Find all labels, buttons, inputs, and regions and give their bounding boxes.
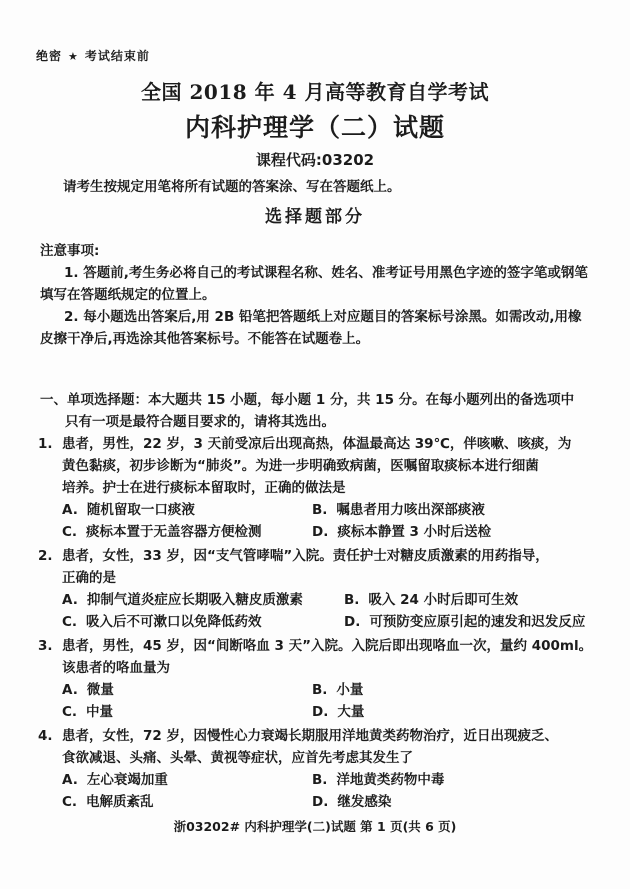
- title-block: 全国 2018 年 4 月高等教育自学考试 内科护理学（二）试题 课程代码:03…: [0, 76, 630, 170]
- question-4: 4. 患者，女性，72 岁，因慢性心力衰竭长期服用洋地黄类药物治疗，近日出现疲乏…: [38, 725, 606, 813]
- question-options: A. 微量 B. 小量 C. 中量 D. 大量: [38, 679, 606, 723]
- question-2: 2. 患者，女性，33 岁，因“支气管哮喘”入院。责任护士对糖皮质激素的用药指导…: [38, 545, 606, 633]
- classified-label: 绝密: [36, 49, 62, 63]
- option-letter: C.: [62, 791, 77, 813]
- exam-session-title: 全国 2018 年 4 月高等教育自学考试: [0, 76, 630, 105]
- notice-item-1: 1. 答题前,考生务必将自己的考试课程名称、姓名、准考证号用黑色字迹的签字笔或钢…: [40, 262, 600, 306]
- option-a: A. 抑制气道炎症应长期吸入糖皮质激素: [62, 589, 344, 611]
- notice-line: 皮擦干净后,再选涂其他答案标号。不能答在试题卷上。: [40, 328, 600, 350]
- option-d: D. 痰标本静置 3 小时后送检: [312, 521, 491, 543]
- question-options: A. 左心衰竭加重 B. 洋地黄类药物中毒 C. 电解质紊乱 D.: [38, 769, 606, 813]
- section-line: 一、单项选择题：本大题共 15 小题，每小题 1 分，共 15 分。在每小题列出…: [40, 389, 606, 411]
- option-letter: A.: [62, 589, 78, 611]
- option-text: 可预防变应原引起的速发和迟发反应: [369, 611, 585, 633]
- option-text: 吸入后不可漱口以免降低药效: [86, 611, 262, 633]
- option-text: 随机留取一口痰液: [87, 499, 195, 521]
- section-line: 只有一项是最符合题目要求的，请将其选出。: [40, 411, 606, 433]
- option-c: C. 中量: [62, 701, 312, 723]
- stem-line: 该患者的咯血量为: [62, 657, 592, 679]
- classified-banner: 绝密★考试结束前: [36, 47, 150, 64]
- option-b: B. 洋地黄类药物中毒: [312, 769, 444, 791]
- notice-line: 2. 每小题选出答案后,用 2B 铅笔把答题纸上对应题目的答案标号涂黑。如需改动…: [40, 306, 600, 328]
- option-row: C. 中量 D. 大量: [62, 701, 606, 723]
- option-row: C. 痰标本置于无盖容器方便检测 D. 痰标本静置 3 小时后送检: [62, 521, 606, 543]
- option-letter: D.: [312, 791, 328, 813]
- stem-line: 患者，女性，72 岁，因慢性心力衰竭长期服用洋地黄类药物治疗，近日出现疲乏、: [62, 725, 558, 747]
- stem-line: 黄色黏痰，初步诊断为“肺炎”。为进一步明确致病菌，医嘱留取痰标本进行细菌: [62, 455, 571, 477]
- option-row: A. 抑制气道炎症应长期吸入糖皮质激素 B. 吸入 24 小时后即可生效: [62, 589, 606, 611]
- option-b: B. 吸入 24 小时后即可生效: [344, 589, 518, 611]
- option-letter: B.: [312, 769, 327, 791]
- option-text: 洋地黄类药物中毒: [336, 769, 444, 791]
- notice-item-2: 2. 每小题选出答案后,用 2B 铅笔把答题纸上对应题目的答案标号涂黑。如需改动…: [40, 306, 600, 350]
- option-b: B. 小量: [312, 679, 363, 701]
- stem-line: 患者，女性，33 岁，因“支气管哮喘”入院。责任护士对糖皮质激素的用药指导，: [62, 545, 549, 567]
- question-number: 3.: [38, 635, 62, 679]
- notice-section: 注意事项: 1. 答题前,考生务必将自己的考试课程名称、姓名、准考证号用黑色字迹…: [40, 240, 600, 350]
- option-text: 小量: [336, 679, 363, 701]
- question-list: 1. 患者，男性，22 岁，3 天前受凉后出现高热，体温最高达 39℃，伴咳嗽、…: [38, 433, 606, 815]
- option-row: C. 电解质紊乱 D. 继发感染: [62, 791, 606, 813]
- notice-line: 填写在答题纸规定的位置上。: [40, 284, 600, 306]
- option-text: 电解质紊乱: [86, 791, 154, 813]
- stem-line: 患者，男性，45 岁，因“间断咯血 3 天”入院。入院后即出现咯血一次，量约 4…: [62, 635, 592, 657]
- option-text: 继发感染: [337, 791, 391, 813]
- option-text: 左心衰竭加重: [87, 769, 168, 791]
- option-letter: D.: [344, 611, 360, 633]
- option-letter: B.: [312, 499, 327, 521]
- question-stem: 2. 患者，女性，33 岁，因“支气管哮喘”入院。责任护士对糖皮质激素的用药指导…: [38, 545, 606, 589]
- stem-lines: 患者，男性，22 岁，3 天前受凉后出现高热，体温最高达 39℃，伴咳嗽、咳痰，…: [62, 433, 571, 499]
- question-options: A. 抑制气道炎症应长期吸入糖皮质激素 B. 吸入 24 小时后即可生效 C. …: [38, 589, 606, 633]
- star-icon: ★: [68, 50, 79, 63]
- stem-lines: 患者，女性，72 岁，因慢性心力衰竭长期服用洋地黄类药物治疗，近日出现疲乏、 食…: [62, 725, 558, 769]
- notice-heading: 注意事项:: [40, 240, 600, 262]
- option-letter: C.: [62, 701, 77, 723]
- question-stem: 1. 患者，男性，22 岁，3 天前受凉后出现高热，体温最高达 39℃，伴咳嗽、…: [38, 433, 606, 499]
- option-letter: B.: [344, 589, 359, 611]
- option-b: B. 嘱患者用力咳出深部痰液: [312, 499, 485, 521]
- question-1: 1. 患者，男性，22 岁，3 天前受凉后出现高热，体温最高达 39℃，伴咳嗽、…: [38, 433, 606, 543]
- option-row: C. 吸入后不可漱口以免降低药效 D. 可预防变应原引起的速发和迟发反应: [62, 611, 606, 633]
- option-letter: D.: [312, 521, 328, 543]
- answer-sheet-instruction: 请考生按规定用笔将所有试题的答案涂、写在答题纸上。: [40, 175, 594, 195]
- option-a: A. 微量: [62, 679, 312, 701]
- stem-line: 培养。护士在进行痰标本留取时，正确的做法是: [62, 477, 571, 499]
- option-a: A. 左心衰竭加重: [62, 769, 312, 791]
- paper-title: 内科护理学（二）试题: [0, 108, 630, 144]
- option-text: 中量: [86, 701, 113, 723]
- option-a: A. 随机留取一口痰液: [62, 499, 312, 521]
- option-text: 微量: [87, 679, 114, 701]
- option-letter: A.: [62, 499, 78, 521]
- question-stem: 4. 患者，女性，72 岁，因慢性心力衰竭长期服用洋地黄类药物治疗，近日出现疲乏…: [38, 725, 606, 769]
- course-code: 课程代码:03202: [0, 149, 630, 170]
- section-header: 一、单项选择题：本大题共 15 小题，每小题 1 分，共 15 分。在每小题列出…: [40, 389, 606, 433]
- question-number: 2.: [38, 545, 62, 589]
- option-letter: C.: [62, 521, 77, 543]
- exam-paper-page: 绝密★考试结束前 全国 2018 年 4 月高等教育自学考试 内科护理学（二）试…: [0, 0, 630, 889]
- option-text: 吸入 24 小时后即可生效: [368, 589, 518, 611]
- question-number: 4.: [38, 725, 62, 769]
- question-number: 1.: [38, 433, 62, 499]
- stem-line: 正确的是: [62, 567, 549, 589]
- option-text: 抑制气道炎症应长期吸入糖皮质激素: [87, 589, 303, 611]
- option-d: D. 大量: [312, 701, 364, 723]
- option-d: D. 可预防变应原引起的速发和迟发反应: [344, 611, 585, 633]
- option-c: C. 电解质紊乱: [62, 791, 312, 813]
- option-row: A. 左心衰竭加重 B. 洋地黄类药物中毒: [62, 769, 606, 791]
- option-letter: A.: [62, 769, 78, 791]
- option-letter: D.: [312, 701, 328, 723]
- option-letter: B.: [312, 679, 327, 701]
- option-text: 痰标本静置 3 小时后送检: [337, 521, 491, 543]
- stem-lines: 患者，男性，45 岁，因“间断咯血 3 天”入院。入院后即出现咯血一次，量约 4…: [62, 635, 592, 679]
- stem-line: 患者，男性，22 岁，3 天前受凉后出现高热，体温最高达 39℃，伴咳嗽、咳痰，…: [62, 433, 571, 455]
- option-text: 嘱患者用力咳出深部痰液: [336, 499, 485, 521]
- stem-line: 食欲减退、头痛、头晕、黄视等症状，应首先考虑其发生了: [62, 747, 558, 769]
- option-row: A. 微量 B. 小量: [62, 679, 606, 701]
- part-title: 选择题部分: [0, 202, 630, 227]
- stem-lines: 患者，女性，33 岁，因“支气管哮喘”入院。责任护士对糖皮质激素的用药指导， 正…: [62, 545, 549, 589]
- question-options: A. 随机留取一口痰液 B. 嘱患者用力咳出深部痰液 C. 痰标本置于无盖容器方…: [38, 499, 606, 543]
- option-text: 大量: [337, 701, 364, 723]
- question-stem: 3. 患者，男性，45 岁，因“间断咯血 3 天”入院。入院后即出现咯血一次，量…: [38, 635, 606, 679]
- option-letter: A.: [62, 679, 78, 701]
- exam-timing-label: 考试结束前: [85, 49, 150, 63]
- option-c: C. 痰标本置于无盖容器方便检测: [62, 521, 312, 543]
- page-footer: 浙03202# 内科护理学(二)试题 第 1 页(共 6 页): [0, 817, 630, 835]
- option-letter: C.: [62, 611, 77, 633]
- option-text: 痰标本置于无盖容器方便检测: [86, 521, 262, 543]
- option-row: A. 随机留取一口痰液 B. 嘱患者用力咳出深部痰液: [62, 499, 606, 521]
- question-3: 3. 患者，男性，45 岁，因“间断咯血 3 天”入院。入院后即出现咯血一次，量…: [38, 635, 606, 723]
- option-d: D. 继发感染: [312, 791, 391, 813]
- option-c: C. 吸入后不可漱口以免降低药效: [62, 611, 344, 633]
- notice-line: 1. 答题前,考生务必将自己的考试课程名称、姓名、准考证号用黑色字迹的签字笔或钢…: [40, 262, 600, 284]
